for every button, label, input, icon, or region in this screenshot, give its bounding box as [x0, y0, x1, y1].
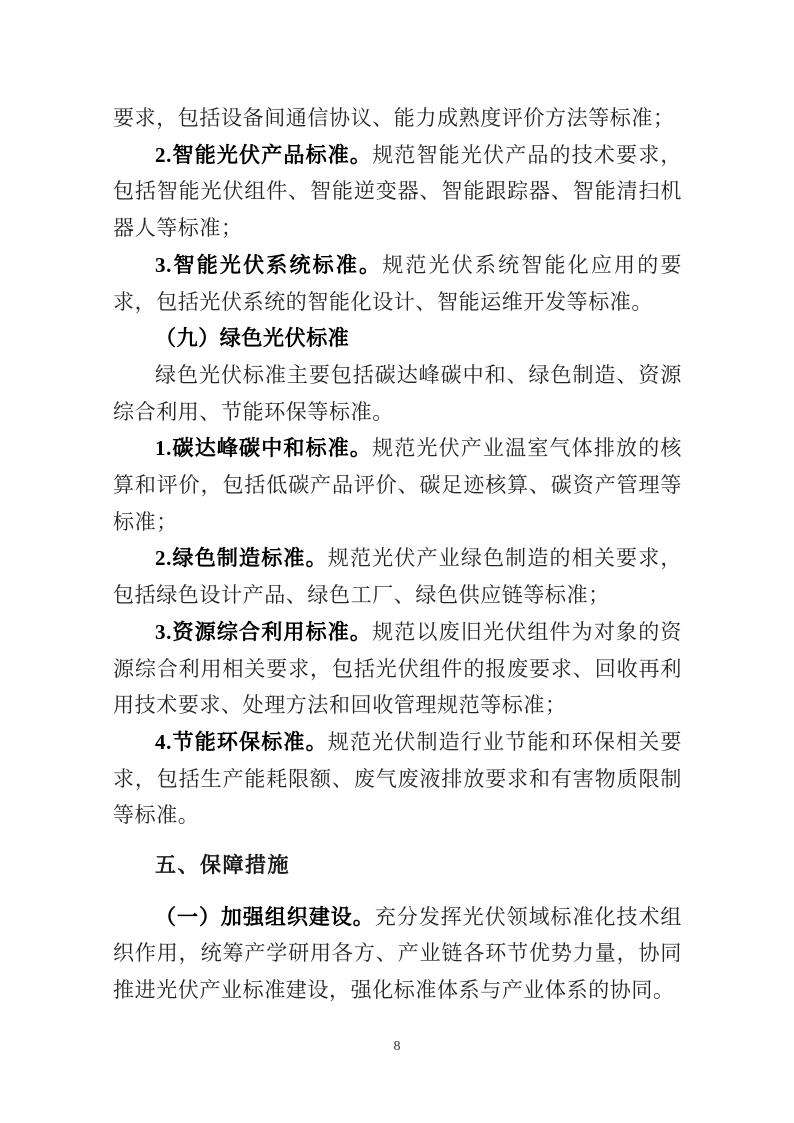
section-heading: 五、保障措施: [113, 848, 682, 885]
paragraph: 3.智能光伏系统标准。规范光伏系统智能化应用的要求，包括光伏系统的智能化设计、智…: [113, 247, 682, 320]
paragraph: 2.绿色制造标准。规范光伏产业绿色制造的相关要求，包括绿色设计产品、绿色工厂、绿…: [113, 540, 682, 613]
paragraph: 要求，包括设备间通信协议、能力成熟度评价方法等标准；: [113, 100, 682, 137]
paragraph-lead: 4.节能环保标准。: [155, 730, 328, 754]
paragraph-lead: 2.智能光伏产品标准。: [155, 143, 372, 167]
paragraph: 绿色光伏标准主要包括碳达峰碳中和、绿色制造、资源综合利用、节能环保等标准。: [113, 357, 682, 430]
paragraph: （一）加强组织建设。充分发挥光伏领域标准化技术组织作用，统筹产学研用各方、产业链…: [113, 899, 682, 1009]
paragraph-lead: 3.资源综合利用标准。: [155, 620, 372, 644]
subsection-heading: （九）绿色光伏标准: [113, 320, 682, 357]
paragraph: 1.碳达峰碳中和标准。规范光伏产业温室气体排放的核算和评价，包括低碳产品评价、碳…: [113, 430, 682, 540]
page-number: 8: [0, 1038, 794, 1056]
paragraph: 3.资源综合利用标准。规范以废旧光伏组件为对象的资源综合利用相关要求，包括光伏组…: [113, 614, 682, 724]
document-page: 要求，包括设备间通信协议、能力成熟度评价方法等标准； 2.智能光伏产品标准。规范…: [0, 0, 794, 1123]
paragraph-lead: 1.碳达峰碳中和标准。: [155, 436, 372, 460]
document-body: 要求，包括设备间通信协议、能力成熟度评价方法等标准； 2.智能光伏产品标准。规范…: [113, 100, 682, 1009]
paragraph-lead: （一）加强组织建设。: [155, 905, 375, 929]
paragraph: 4.节能环保标准。规范光伏制造行业节能和环保相关要求，包括生产能耗限额、废气废液…: [113, 724, 682, 834]
paragraph-lead: 2.绿色制造标准。: [155, 546, 328, 570]
paragraph-text: 绿色光伏标准主要包括碳达峰碳中和、绿色制造、资源综合利用、节能环保等标准。: [113, 363, 682, 424]
paragraph-lead: 3.智能光伏系统标准。: [155, 253, 382, 277]
paragraph-text: 要求，包括设备间通信协议、能力成熟度评价方法等标准；: [113, 106, 675, 130]
paragraph: 2.智能光伏产品标准。规范智能光伏产品的技术要求，包括智能光伏组件、智能逆变器、…: [113, 137, 682, 247]
